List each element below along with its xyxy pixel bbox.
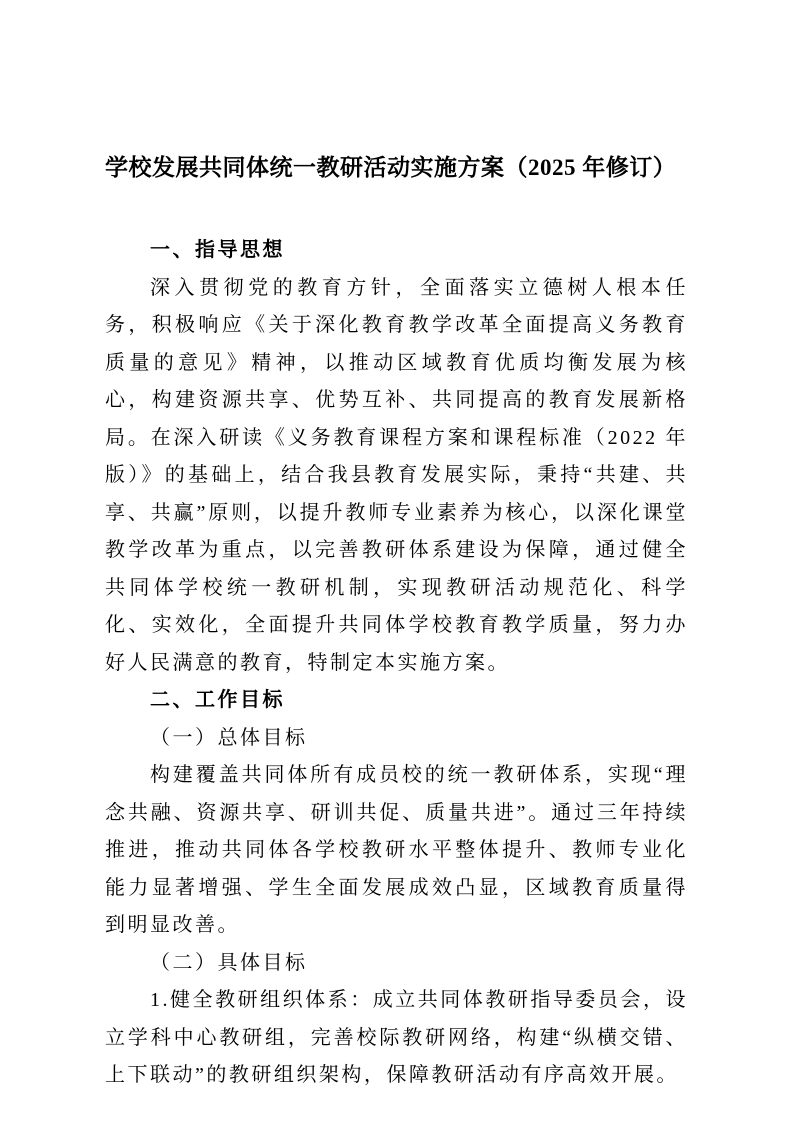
- document-page: 学校发展共同体统一教研活动实施方案（2025 年修订） 一、指导思想 深入贯彻党…: [0, 0, 793, 1122]
- subsection-heading-specific-goals: （二）具体目标: [105, 945, 688, 983]
- subsection-heading-overall-goal: （一）总体目标: [105, 720, 688, 758]
- paragraph-specific-goal-1: 1.健全教研组织体系：成立共同体教研指导委员会，设立学科中心教研组，完善校际教研…: [105, 982, 688, 1095]
- section-heading-guiding-ideology: 一、指导思想: [105, 232, 688, 270]
- section-heading-work-goals: 二、工作目标: [105, 682, 688, 720]
- paragraph-guiding-ideology: 深入贯彻党的教育方针，全面落实立德树人根本任务，积极响应《关于深化教育教学改革全…: [105, 270, 688, 683]
- paragraph-overall-goal: 构建覆盖共同体所有成员校的统一教研体系，实现“理念共融、资源共享、研训共促、质量…: [105, 757, 688, 945]
- document-title: 学校发展共同体统一教研活动实施方案（2025 年修订）: [105, 149, 688, 187]
